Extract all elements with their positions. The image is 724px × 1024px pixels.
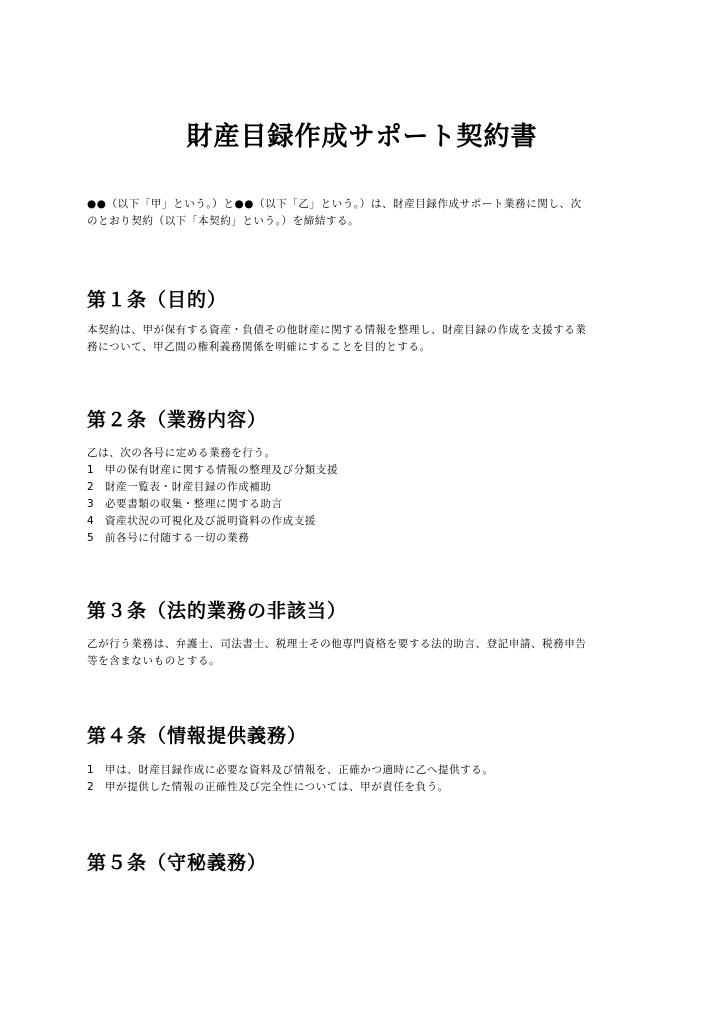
article-5-heading: 第５条（守秘義務） xyxy=(87,848,267,875)
list-item: 1甲は、財産目録作成に必要な資料及び情報を、正確かつ適時に乙へ提供する。 xyxy=(87,762,647,779)
article-line: 務について、甲乙間の権利義務関係を明確にすることを目的とする。 xyxy=(87,339,647,356)
list-item: 2財産一覧表・財産目録の作成補助 xyxy=(87,479,647,496)
list-item: 4資産状況の可視化及び説明資料の作成支援 xyxy=(87,513,647,530)
list-item: 2甲が提供した情報の正確性及び完全性については、甲が責任を負う。 xyxy=(87,779,647,796)
preamble-line: ●●（以下「甲」という。）と●●（以下「乙」という。）は、財産目録作成サポート業… xyxy=(87,196,647,213)
list-item: 3必要書類の収集・整理に関する助言 xyxy=(87,496,647,513)
document-page: 財産目録作成サポート契約書 ●●（以下「甲」という。）と●●（以下「乙」という。… xyxy=(0,0,724,1024)
article-2-body: 乙は、次の各号に定める業務を行う。 1甲の保有財産に関する情報の整理及び分類支援… xyxy=(87,445,647,547)
article-4-body: 1甲は、財産目録作成に必要な資料及び情報を、正確かつ適時に乙へ提供する。 2甲が… xyxy=(87,762,647,796)
article-1-heading: 第１条（目的） xyxy=(87,285,227,312)
preamble: ●●（以下「甲」という。）と●●（以下「乙」という。）は、財産目録作成サポート業… xyxy=(87,196,647,230)
article-2-heading: 第２条（業務内容） xyxy=(87,405,267,432)
preamble-line: のとおり契約（以下「本契約」という。）を締結する。 xyxy=(87,213,647,230)
article-intro: 乙は、次の各号に定める業務を行う。 xyxy=(87,445,647,462)
article-4-heading: 第４条（情報提供義務） xyxy=(87,721,307,748)
document-title: 財産目録作成サポート契約書 xyxy=(0,116,724,153)
list-item: 1甲の保有財産に関する情報の整理及び分類支援 xyxy=(87,462,647,479)
article-3-body: 乙が行う業務は、弁護士、司法書士、税理士その他専門資格を要する法的助言、登記申請… xyxy=(87,636,647,670)
article-3-heading: 第３条（法的業務の非該当） xyxy=(87,596,347,623)
article-1-body: 本契約は、甲が保有する資産・負債その他財産に関する情報を整理し、財産目録の作成を… xyxy=(87,322,647,356)
article-line: 等を含まないものとする。 xyxy=(87,653,647,670)
article-line: 本契約は、甲が保有する資産・負債その他財産に関する情報を整理し、財産目録の作成を… xyxy=(87,322,647,339)
article-line: 乙が行う業務は、弁護士、司法書士、税理士その他専門資格を要する法的助言、登記申請… xyxy=(87,636,647,653)
list-item: 5前各号に付随する一切の業務 xyxy=(87,530,647,547)
